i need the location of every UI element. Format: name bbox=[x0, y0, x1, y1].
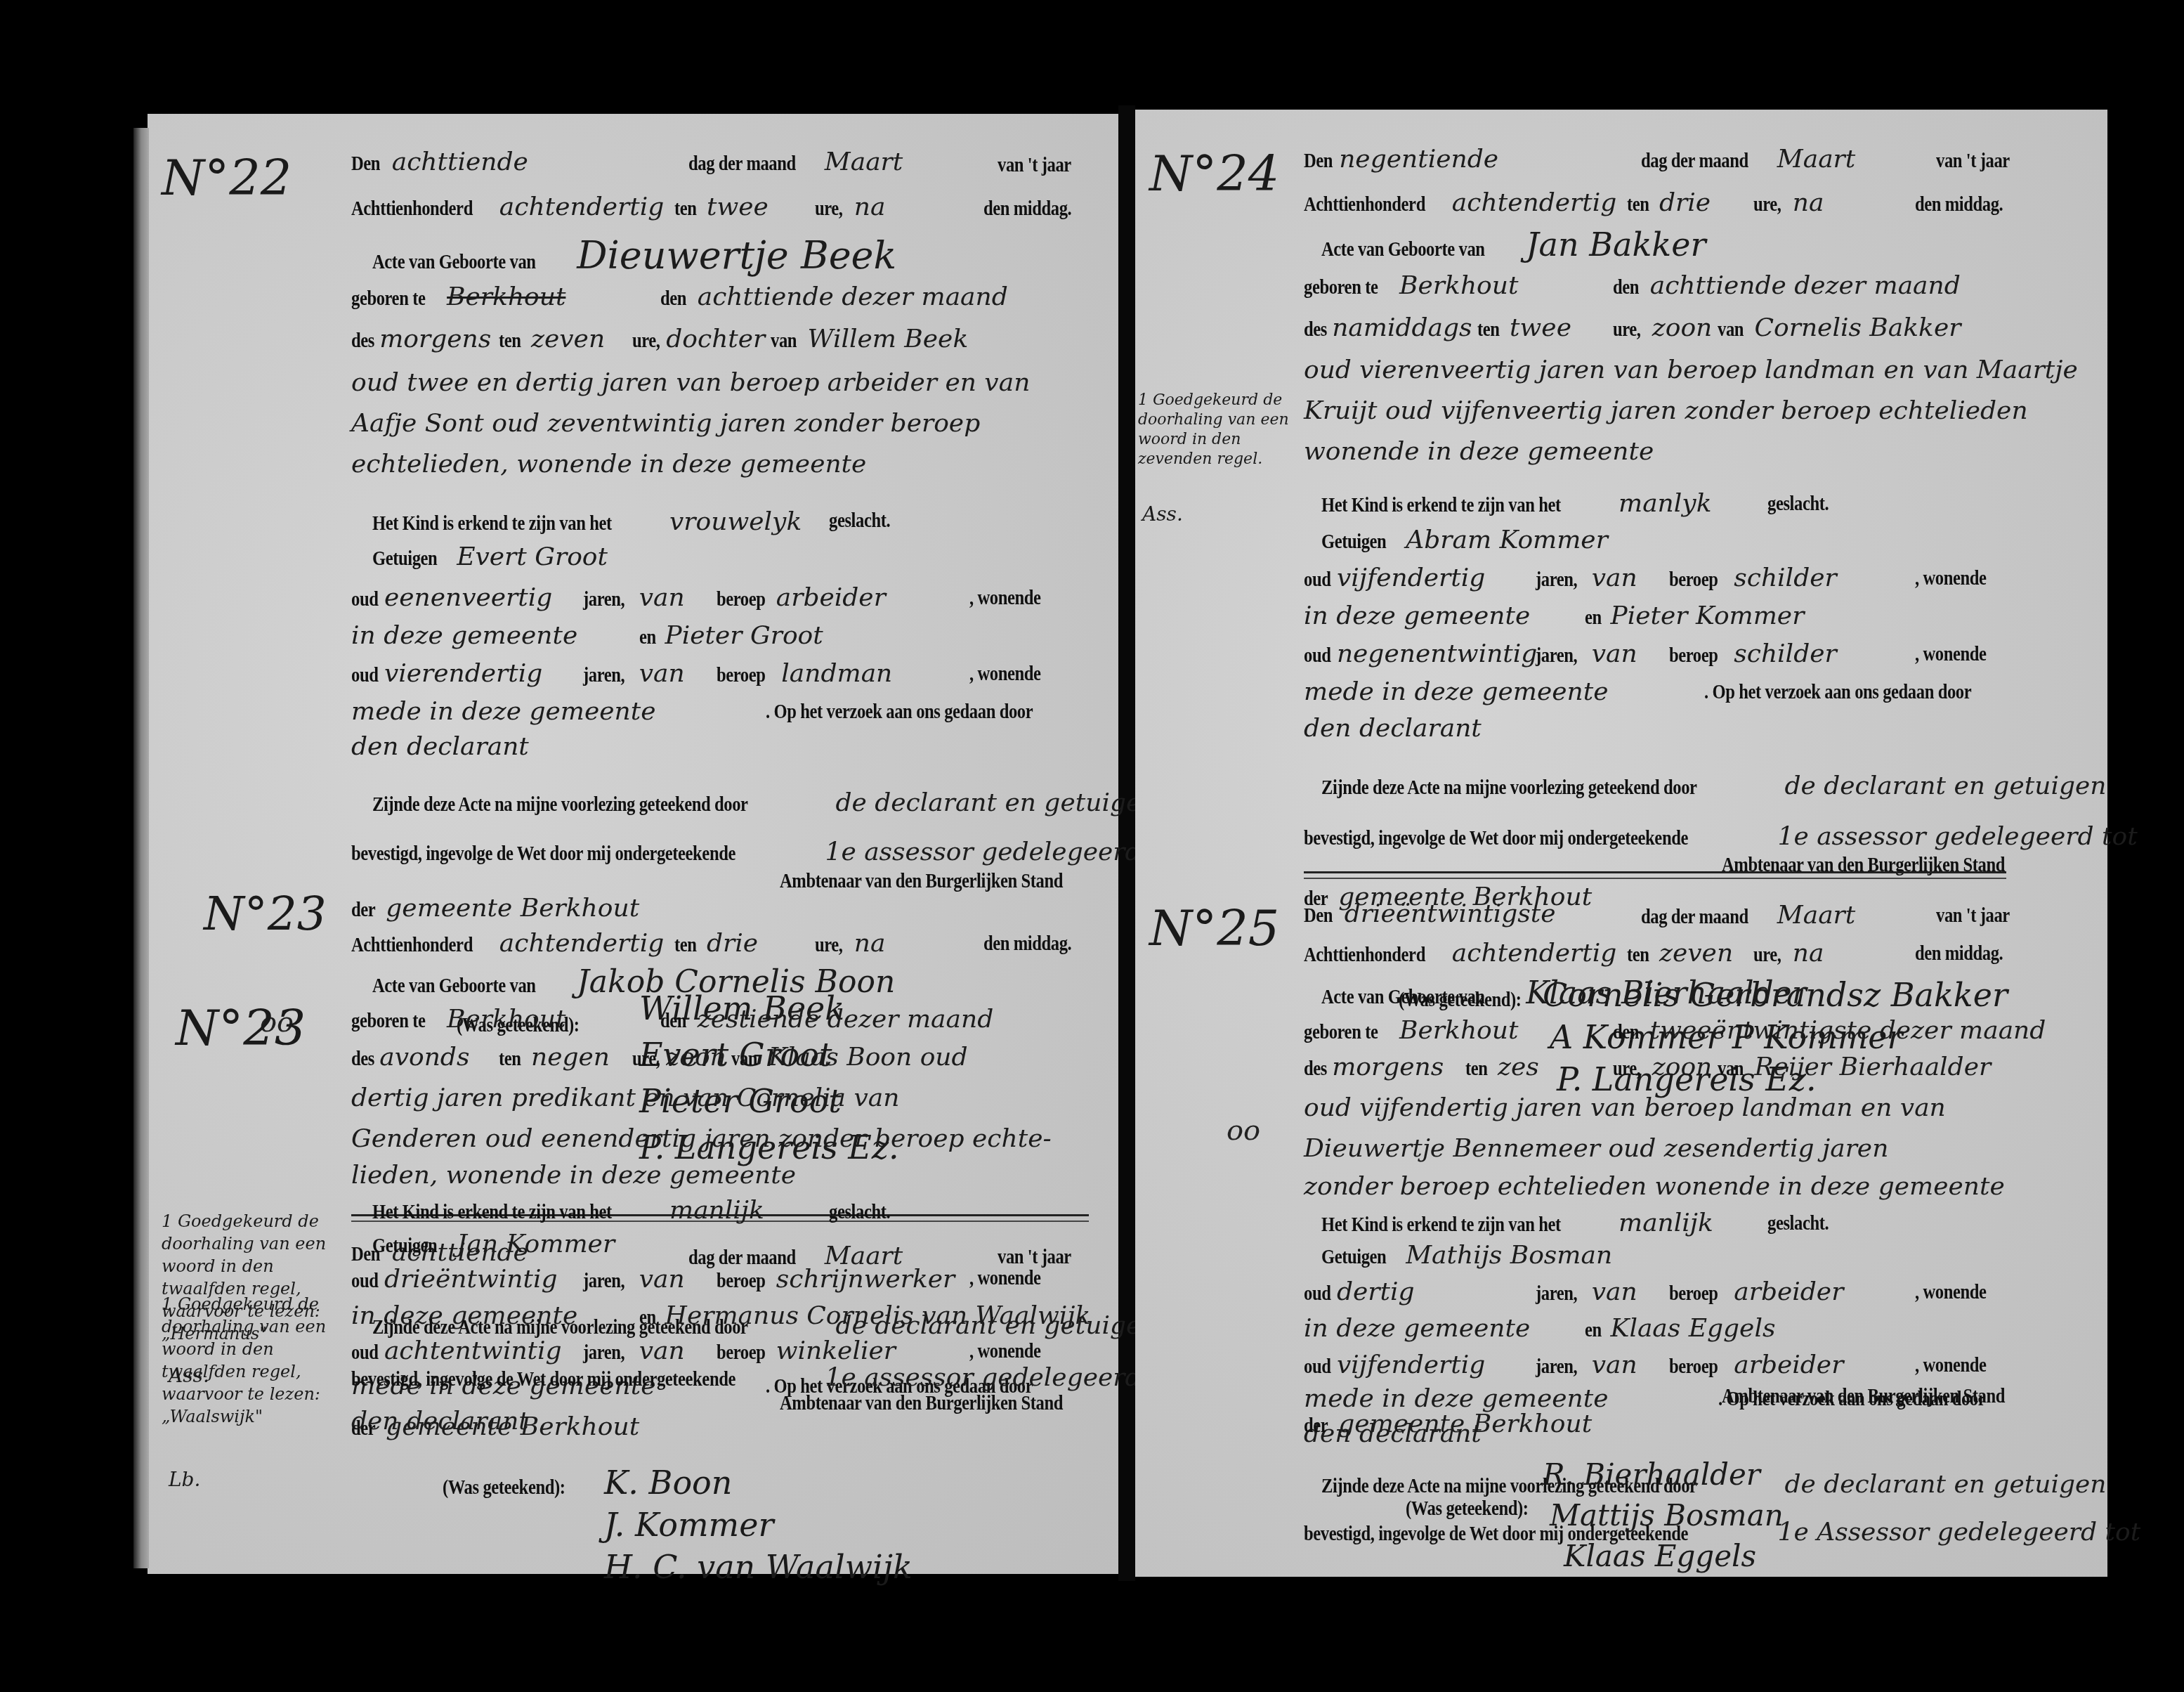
label-acte: Acte van Geboorte van bbox=[372, 250, 536, 274]
official: 1e assessor gedelegeerd tot bbox=[825, 838, 1185, 866]
label-jaren: jaren, bbox=[583, 587, 625, 611]
label-des: des bbox=[351, 329, 374, 353]
label-en: en bbox=[1585, 1318, 1602, 1342]
label-middag: den middag. bbox=[983, 197, 1071, 221]
day-value: negentiende bbox=[1339, 145, 1498, 174]
label-ten2: ten bbox=[1477, 318, 1500, 341]
ampm-value: na bbox=[854, 193, 886, 221]
label-was-geteekend: (Was geteekend): bbox=[1406, 1497, 1528, 1521]
label-year: van 't jaar bbox=[1936, 904, 2010, 928]
parents-line-3: Kruijt oud vijfenveertig jaren zonder be… bbox=[1304, 396, 2028, 425]
witness-2-job: schilder bbox=[1734, 639, 1836, 668]
month-value: Maart bbox=[1777, 901, 1855, 930]
label-bevestigd: bevestigd, ingevolge de Wet door mij ond… bbox=[351, 842, 735, 866]
birth-record-25-sign: Ambtenaar van den Burgerlijken Stand der… bbox=[1135, 1377, 2107, 1574]
hour-value: drie bbox=[707, 929, 758, 958]
year-value: achtendertig bbox=[1452, 939, 1616, 968]
parents-line-3: Genderen oud eenendertig jaren zonder be… bbox=[351, 1124, 1052, 1153]
label-geboren: geboren te bbox=[351, 287, 425, 311]
witness-1-van: van bbox=[1592, 564, 1637, 592]
signature: J. Kommer bbox=[604, 1504, 913, 1546]
label-den2: den bbox=[1613, 1020, 1639, 1044]
parents-line-4: wonende in deze gemeente bbox=[1304, 437, 1654, 466]
ampm-value: na bbox=[1793, 939, 1824, 968]
label-ure2: ure, bbox=[1613, 1057, 1641, 1081]
sex-value: manlijk bbox=[1619, 1209, 1713, 1237]
label-geboren: geboren te bbox=[351, 1009, 425, 1033]
label-ure2: ure, bbox=[632, 1047, 660, 1071]
label-van: van bbox=[1718, 318, 1744, 341]
signature: Mattijs Bosman bbox=[1543, 1495, 1784, 1536]
label-oud: oud bbox=[351, 587, 378, 611]
relation: zoon bbox=[666, 1043, 726, 1072]
label-jaren: jaren, bbox=[1536, 568, 1577, 592]
relation: zoon bbox=[1652, 1053, 1713, 1081]
label-verzoek: . Op het verzoek aan ons gedaan door bbox=[1704, 680, 1971, 704]
label-ure: ure, bbox=[815, 197, 843, 221]
parents-line-3: Dieuwertje Bennemeer oud zesendertig jar… bbox=[1304, 1134, 1888, 1163]
label-acte: Acte van Geboorte van bbox=[1321, 237, 1485, 261]
label-beroep: beroep bbox=[1669, 568, 1718, 592]
witness-2-van: van bbox=[639, 659, 685, 688]
label-ten2: ten bbox=[499, 1047, 521, 1071]
label-dag: dag der maand bbox=[688, 152, 796, 176]
label-was-geteekend: (Was geteekend): bbox=[443, 1476, 565, 1499]
witness-2-van: van bbox=[1592, 1351, 1637, 1379]
label-year: van 't jaar bbox=[998, 153, 1071, 177]
label-verzoek: . Op het verzoek aan ons gedaan door bbox=[766, 700, 1033, 724]
witness-2-age: vijfendertig bbox=[1337, 1351, 1485, 1379]
label-ambtenaar: Ambtenaar van den Burgerlijken Stand bbox=[1722, 1384, 2005, 1408]
label-zijnde: Zijnde deze Acte na mijne voorlezing get… bbox=[372, 1315, 748, 1339]
witness-1-job: arbeider bbox=[776, 583, 886, 612]
witness-1-job: schilder bbox=[1734, 564, 1836, 592]
label-den2: den bbox=[660, 1009, 686, 1033]
margin-correction-note: 1 Goedgekeurd de doorhaling van een woor… bbox=[162, 1293, 330, 1428]
child-name: Jakob Cornelis Boon bbox=[577, 964, 895, 1000]
label-year-prefix: Achttienhonderd bbox=[1304, 943, 1425, 967]
witness-2-van: van bbox=[1592, 639, 1637, 668]
label-middag: den middag. bbox=[983, 932, 1071, 956]
witness-2-job: arbeider bbox=[1734, 1351, 1843, 1379]
birth-hour: zeven bbox=[531, 325, 605, 353]
month-value: Maart bbox=[825, 148, 903, 176]
child-name: Klaas Bierhaalder bbox=[1526, 975, 1807, 1011]
municipality: gemeente Berkhout bbox=[386, 1412, 639, 1441]
witness-1-residence: in deze gemeente bbox=[1304, 601, 1530, 630]
time-of-day: morgens bbox=[1332, 1053, 1444, 1081]
birth-day: achttiende dezer maand bbox=[1650, 271, 1961, 300]
margin-initials: Ass. bbox=[1142, 503, 1297, 526]
label-beroep: beroep bbox=[1669, 1282, 1718, 1306]
label-den2: den bbox=[1613, 275, 1639, 299]
record-number: N°25 bbox=[1149, 899, 1279, 957]
label-geslacht: geslacht. bbox=[1767, 492, 1829, 516]
child-name: Jan Bakker bbox=[1526, 226, 1706, 263]
witness-1-van: van bbox=[1592, 1277, 1637, 1306]
label-wonende2: , wonende bbox=[969, 662, 1041, 686]
label-ure: ure, bbox=[815, 933, 843, 957]
parents-line-4: zonder beroep echtelieden wonende in dez… bbox=[1304, 1172, 2005, 1201]
label-der: der bbox=[1304, 1414, 1328, 1438]
witness-1-age: vijfendertig bbox=[1337, 564, 1485, 592]
time-of-day: namiddags bbox=[1332, 313, 1472, 342]
label-den: Den bbox=[1304, 904, 1333, 928]
parents-line-2: oud twee en dertig jaren van beroep arbe… bbox=[351, 368, 1030, 397]
label-acte: Acte van Geboorte van bbox=[372, 974, 536, 998]
birth-hour: negen bbox=[531, 1043, 610, 1072]
witness-2-residence: mede in deze gemeente bbox=[1304, 677, 1609, 706]
label-ure: ure, bbox=[1753, 193, 1781, 216]
witness-2: Pieter Kommer bbox=[1611, 601, 1805, 630]
day-value: drieëntwintigste bbox=[1345, 899, 1556, 928]
witness-1-residence: in deze gemeente bbox=[1304, 1314, 1530, 1343]
label-acte: Acte van Geboorte van bbox=[1321, 985, 1485, 1009]
witness-2-residence: mede in deze gemeente bbox=[351, 697, 656, 726]
label-oud: oud bbox=[1304, 1282, 1330, 1306]
relation: zoon bbox=[1652, 313, 1713, 342]
birth-day: achttiende dezer maand bbox=[698, 282, 1008, 311]
sex-value: manlyk bbox=[1619, 489, 1711, 518]
parents-line-4: lieden, wonende in deze gemeente bbox=[351, 1161, 796, 1190]
signature: Klaas Eggels bbox=[1543, 1536, 1784, 1577]
label-kind: Het Kind is erkend te zijn van het bbox=[372, 512, 612, 535]
declarant: den declarant bbox=[351, 732, 529, 761]
label-geslacht: geslacht. bbox=[829, 509, 890, 533]
label-bevestigd: bevestigd, ingevolge de Wet door mij ond… bbox=[1304, 826, 1688, 850]
witness-2-job: landman bbox=[781, 659, 892, 688]
label-beroep2: beroep bbox=[1669, 644, 1718, 668]
label-oud2: oud bbox=[1304, 1355, 1330, 1379]
signature: K. Boon bbox=[604, 1462, 913, 1504]
witness-2: Klaas Eggels bbox=[1611, 1314, 1776, 1343]
signed-by: de declarant en getuigen bbox=[835, 1311, 1157, 1340]
record-number: N°23 bbox=[204, 887, 327, 941]
label-geslacht: geslacht. bbox=[829, 1200, 890, 1224]
time-of-day: avonds bbox=[379, 1043, 469, 1072]
relation: dochter bbox=[666, 325, 765, 353]
witness-1: Jan Kommer bbox=[457, 1230, 615, 1258]
label-beroep2: beroep bbox=[717, 663, 766, 687]
birthplace: Berkhout bbox=[1399, 271, 1518, 300]
witness-1-age: dertig bbox=[1337, 1277, 1415, 1306]
label-ure2: ure, bbox=[632, 329, 660, 353]
label-wonende2: , wonende bbox=[1915, 1353, 1987, 1377]
year-value: achtendertig bbox=[499, 929, 664, 958]
label-ten2: ten bbox=[499, 329, 521, 353]
label-getuigen: Getuigen bbox=[372, 1234, 437, 1258]
official: 1e assessor gedelegeerd tot bbox=[825, 1363, 1185, 1392]
parents-line-4: echtelieden, wonende in deze gemeente bbox=[351, 450, 866, 479]
label-ure: ure, bbox=[1753, 943, 1781, 967]
witness-1: Mathijs Bosman bbox=[1406, 1241, 1612, 1270]
label-year-prefix: Achttienhonderd bbox=[1304, 193, 1425, 216]
birth-day: tweeëntwintigste dezer maand bbox=[1650, 1016, 2046, 1045]
label-year-prefix: Achttienhonderd bbox=[351, 933, 473, 957]
hour-value: zeven bbox=[1659, 939, 1733, 968]
margin-initials: Lb. bbox=[169, 1469, 337, 1491]
label-geslacht: geslacht. bbox=[1767, 1211, 1829, 1235]
parents-line-2: oud vierenveertig jaren van beroep landm… bbox=[1304, 356, 2078, 384]
witness-2: Pieter Groot bbox=[665, 621, 823, 650]
label-geboren: geboren te bbox=[1304, 275, 1378, 299]
parents-line-2: dertig jaren predikant en van Cornelia v… bbox=[351, 1083, 900, 1112]
label-beroep: beroep bbox=[717, 587, 766, 611]
label-en: en bbox=[1585, 606, 1602, 630]
label-getuigen: Getuigen bbox=[1321, 530, 1386, 554]
label-kind: Het Kind is erkend te zijn van het bbox=[1321, 1213, 1561, 1237]
label-den2: den bbox=[660, 287, 686, 311]
label-dag: dag der maand bbox=[1641, 149, 1748, 173]
birth-day: zestiende dezer maand bbox=[698, 1005, 994, 1034]
label-oud: oud bbox=[1304, 568, 1330, 592]
birth-hour: zes bbox=[1498, 1053, 1539, 1081]
label-wonende: , wonende bbox=[969, 586, 1041, 610]
signature: H. C. van Waalwijk bbox=[604, 1546, 913, 1588]
label-des: des bbox=[1304, 318, 1327, 341]
label-en: en bbox=[639, 625, 656, 649]
witness-1-job: arbeider bbox=[1734, 1277, 1843, 1306]
signature: R. Bierhaalder bbox=[1543, 1455, 1784, 1495]
margin-correction-note: 1 Goedgekeurd de doorhaling van een woor… bbox=[1138, 391, 1293, 469]
label-ambtenaar: Ambtenaar van den Burgerlijken Stand bbox=[780, 1391, 1063, 1415]
witness-2-age: negenentwintig bbox=[1337, 639, 1538, 668]
label-bevestigd: bevestigd, ingevolge de Wet door mij ond… bbox=[351, 1367, 735, 1391]
municipality: gemeente Berkhout bbox=[1338, 1410, 1592, 1438]
label-ure2: ure, bbox=[1613, 318, 1641, 341]
label-jaren2: jaren, bbox=[1536, 644, 1577, 668]
label-ten: ten bbox=[1627, 943, 1649, 967]
label-geboren: geboren te bbox=[1304, 1020, 1378, 1044]
birth-hour: twee bbox=[1510, 313, 1571, 342]
signatures: R. Bierhaalder Mattijs Bosman Klaas Egge… bbox=[1543, 1455, 1784, 1577]
label-wonende: , wonende bbox=[1915, 566, 1987, 590]
birthplace: Berkhout bbox=[447, 1005, 565, 1034]
label-jaren2: jaren, bbox=[583, 663, 625, 687]
declarant: den declarant bbox=[1304, 714, 1482, 743]
father-name: Klaas Boon oud bbox=[769, 1043, 968, 1072]
child-name: Dieuwertje Beek bbox=[577, 233, 896, 278]
record-number: N°24 bbox=[1149, 145, 1279, 202]
ampm-value: na bbox=[1793, 188, 1824, 217]
label-kind: Het Kind is erkend te zijn van het bbox=[1321, 493, 1561, 517]
label-van: van bbox=[1718, 1057, 1744, 1081]
official: 1e assessor gedelegeerd tot bbox=[1778, 822, 2138, 851]
signatures: K. Boon J. Kommer H. C. van Waalwijk bbox=[604, 1462, 913, 1588]
label-ten: ten bbox=[1627, 193, 1649, 216]
father-name: Cornelis Bakker bbox=[1754, 313, 1961, 342]
witness-1-age: eenenveertig bbox=[384, 583, 552, 612]
day-value: achttiende bbox=[392, 148, 528, 176]
hour-value: twee bbox=[707, 193, 769, 221]
birth-record-23-footer: 1 Goedgekeurd de doorhaling van een woor… bbox=[148, 1265, 1118, 1574]
label-wonende: , wonende bbox=[1915, 1280, 1987, 1304]
label-van: van bbox=[771, 329, 797, 353]
record-number: N°22 bbox=[162, 149, 292, 207]
label-des: des bbox=[351, 1047, 374, 1071]
label-des: des bbox=[1304, 1057, 1327, 1081]
label-wonende2: , wonende bbox=[1915, 642, 1987, 666]
witness-1-residence: in deze gemeente bbox=[351, 621, 577, 650]
label-jaren2: jaren, bbox=[1536, 1355, 1577, 1379]
label-zijnde: Zijnde deze Acte na mijne voorlezing get… bbox=[1321, 776, 1697, 800]
label-der: der bbox=[351, 1417, 375, 1440]
witness-2-age: vierendertig bbox=[384, 659, 542, 688]
hour-value: drie bbox=[1659, 188, 1711, 217]
year-value: achtendertig bbox=[1452, 188, 1616, 217]
label-middag: den middag. bbox=[1915, 942, 2003, 965]
sex-value: manlijk bbox=[669, 1196, 764, 1225]
father-name: Reijer Bierhaalder bbox=[1754, 1053, 1991, 1081]
label-jaren: jaren, bbox=[1536, 1282, 1577, 1306]
parents-line-3: Aafje Sont oud zeventwintig jaren zonder… bbox=[351, 409, 980, 438]
year-value: achtendertig bbox=[499, 193, 664, 221]
label-getuigen: Getuigen bbox=[372, 547, 437, 571]
label-dag: dag der maand bbox=[1641, 905, 1748, 929]
signed-by: de declarant en getuigen bbox=[1784, 772, 2106, 800]
label-oud2: oud bbox=[351, 663, 378, 687]
label-middag: den middag. bbox=[1915, 193, 2003, 216]
label-ten: ten bbox=[674, 197, 697, 221]
birthplace: Berkhout bbox=[447, 282, 565, 311]
witness-1: Abram Kommer bbox=[1406, 526, 1608, 554]
label-year-prefix: Achttienhonderd bbox=[351, 197, 473, 221]
witness-1: Evert Groot bbox=[457, 542, 608, 571]
birthplace: Berkhout bbox=[1399, 1016, 1518, 1045]
parents-line-2: oud vijfendertig jaren van beroep landma… bbox=[1304, 1093, 1946, 1122]
label-ten2: ten bbox=[1465, 1057, 1488, 1081]
time-of-day: morgens bbox=[379, 325, 491, 353]
label-oud2: oud bbox=[1304, 644, 1330, 668]
label-kind: Het Kind is erkend te zijn van het bbox=[372, 1200, 612, 1224]
label-den: Den bbox=[1304, 149, 1333, 173]
father-name: Willem Beek bbox=[808, 325, 969, 353]
label-year: van 't jaar bbox=[1936, 149, 2010, 173]
month-value: Maart bbox=[1777, 145, 1855, 174]
label-beroep2: beroep bbox=[1669, 1355, 1718, 1379]
sex-value: vrouwelyk bbox=[669, 507, 802, 536]
label-den: Den bbox=[351, 152, 380, 176]
label-zijnde: Zijnde deze Acte na mijne voorlezing get… bbox=[372, 793, 748, 816]
witness-1-van: van bbox=[639, 583, 685, 612]
label-ten: ten bbox=[674, 933, 697, 957]
label-van: van bbox=[731, 1047, 757, 1071]
label-getuigen: Getuigen bbox=[1321, 1245, 1386, 1269]
ampm-value: na bbox=[854, 929, 886, 958]
signed-by: de declarant en getuigen bbox=[835, 788, 1157, 817]
